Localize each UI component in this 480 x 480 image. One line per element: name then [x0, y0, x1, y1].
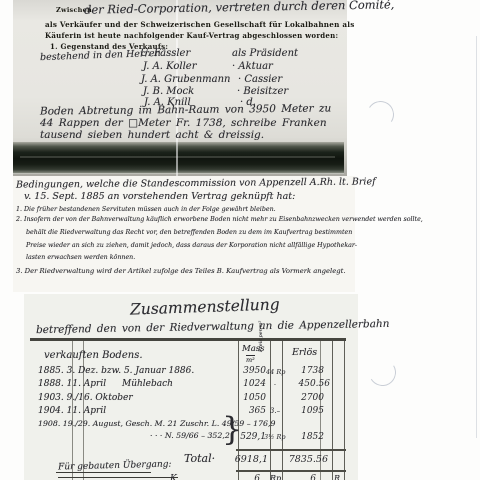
contract-body-line: 44 Rappen der □Meter Fr. 1738, schreibe …	[40, 117, 327, 129]
table-left-header: verkauften Bodens.	[44, 350, 143, 361]
table-row-mass: 3950	[234, 366, 266, 376]
total-top-line	[236, 449, 346, 451]
member-role: · Beisitzer	[237, 86, 288, 97]
table-row-label: 1904. 11. April	[38, 406, 106, 416]
cut-row-fragment: 6	[240, 474, 260, 480]
column-header-price: Preis per m²	[258, 324, 264, 352]
table-row-label-cont: · · · N. 59/66 – 352,2	[150, 431, 230, 440]
condition-item-1: 1. Die früher bestandenen Servituten müs…	[16, 206, 276, 213]
column-header-mass-unit: m²	[246, 355, 255, 364]
table-row-label: 1903. 9./16. Oktober	[38, 393, 133, 403]
table-row-note: Mühlebach	[122, 379, 173, 389]
total-bottom-line	[236, 470, 346, 472]
table-row-label: 1885. 3. Dez. bzw. 5. Januar 1886.	[38, 366, 194, 376]
row-group-brace: }	[222, 410, 242, 448]
contract-printed-line-2: als Verkäufer und der Schweizerischen Ge…	[45, 20, 355, 29]
member-role: · Cassier	[238, 74, 282, 85]
table-row-erloes: 1852	[284, 432, 324, 442]
member-name: J. B. Mock	[143, 86, 194, 97]
scanned-document-page: Zwischen der Ried-Corporation, vertreten…	[0, 0, 480, 480]
table-vline-outer-right	[344, 341, 345, 480]
contract-body-line: tausend sieben hundert acht & dreissig.	[40, 129, 264, 141]
table-row-erloes: 1738	[284, 366, 324, 376]
total-erloes: 7835.56	[284, 454, 328, 465]
cut-row-fragment: R	[334, 474, 340, 480]
conditions-heading-line-2: v. 15. Sept. 1885 an vorstehenden Vertra…	[24, 191, 295, 202]
contract-printed-line-3: Käuferin ist heute nachfolgender Kauf-Ve…	[45, 31, 338, 40]
column-header-erloes: Erlös	[292, 347, 317, 358]
condition-item-2-line: lasten erwachsen werden können.	[26, 254, 135, 261]
table-row-price: 3.–	[266, 407, 284, 415]
table-row-erloes: 1095	[284, 406, 324, 416]
condition-item-2-line: Preise wieder an sich zu ziehen, damit j…	[26, 242, 357, 249]
condition-item-3: 3. Der Riedverwaltung wird der Artikel z…	[16, 267, 346, 275]
table-row-price: 3½ Rp	[264, 433, 284, 441]
page-edge-line	[476, 36, 477, 438]
table-row-price: ·	[266, 381, 284, 389]
table-row-erloes: 2700	[284, 393, 324, 403]
table-row-mass: 1050	[234, 393, 266, 403]
table-row-mass: 529,1	[234, 432, 266, 442]
scan-dark-band	[13, 142, 344, 174]
cut-row-fragment: 6	[296, 474, 316, 480]
cut-row-fragment: Rp	[270, 474, 281, 480]
punch-hole-arc	[364, 98, 396, 130]
condition-item-2-line: behält die Riedverwaltung das Recht vor,…	[26, 229, 352, 236]
cut-row-fragment: K	[170, 474, 177, 480]
total-label: Total·	[184, 452, 215, 465]
total-mass: 6918,1	[234, 454, 268, 465]
punch-hole-arc	[366, 356, 399, 389]
table-row-erloes: 450.56	[290, 379, 330, 389]
member-name: U. Fässler	[140, 48, 190, 59]
table-top-rule	[30, 338, 346, 341]
table-row-label: 1888. 11. April	[38, 379, 106, 389]
table-row-price: 44 Rp	[266, 368, 284, 376]
table-row-mass: 1024	[234, 379, 266, 389]
footer-underline-2	[58, 477, 178, 478]
member-role: · Aktuar	[232, 61, 273, 72]
member-name: J. A. Koller	[143, 61, 197, 72]
table-vline-erloes-right	[332, 341, 333, 480]
member-name: J. A. Grubenmann	[141, 74, 230, 85]
footer-underline-1	[56, 472, 151, 473]
member-role: als Präsident	[232, 48, 298, 59]
condition-item-2-line: 2. Insofern der von der Bahnverwaltung k…	[16, 216, 423, 223]
